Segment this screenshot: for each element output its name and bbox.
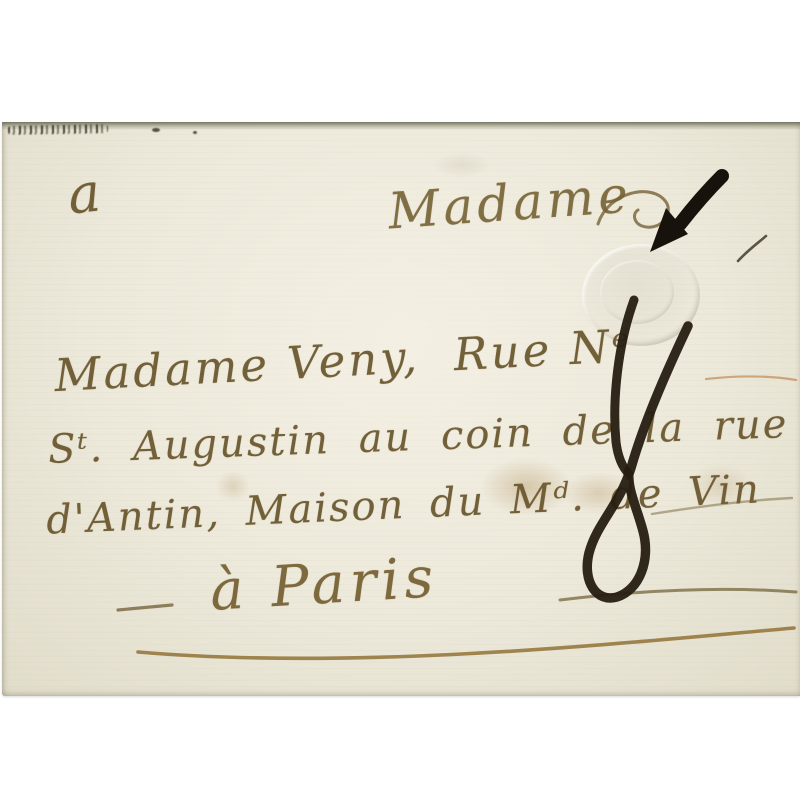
paper-stain (432, 152, 492, 178)
annotation-arrow-icon (638, 168, 734, 264)
address-line-4-destination: à Paris (208, 545, 440, 624)
paper-top-edge-shadow (2, 122, 800, 130)
ink-speck (193, 131, 197, 134)
postal-rate-mark-8 (538, 290, 700, 630)
letter-cover-paper: a Madame Madame Veny,Rue Nᵉ Sᵗ. Augustin… (2, 122, 800, 696)
scanned-letter-photo: { "cover": { "corner_letter": "a", "head… (0, 0, 800, 800)
illegible-handstamp-smudge-icon (8, 124, 108, 135)
corner-letter-a: a (65, 160, 104, 226)
ink-speck (152, 128, 160, 132)
address-line-1-left: Madame Veny, (53, 330, 421, 402)
